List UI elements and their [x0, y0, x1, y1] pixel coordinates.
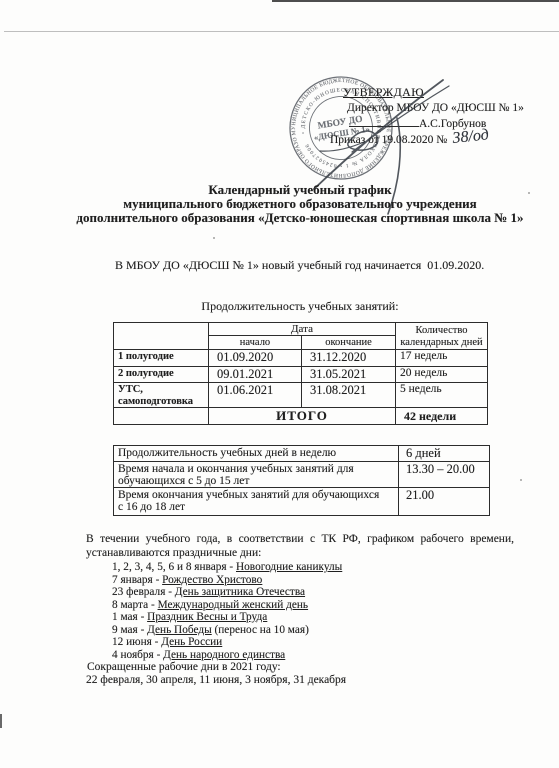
holiday-date: 9 мая - [112, 624, 147, 636]
holiday-note: (перенос на 10 мая) [212, 624, 309, 636]
duration-table-wrap: Дата Количество календарных дней начало … [113, 322, 488, 425]
scan-speck [520, 479, 522, 481]
director-name: А.С.Горбунов [419, 118, 486, 130]
duration-table-caption: Продолжительность учебных занятий: [41, 299, 559, 314]
start-header-cell: начало [209, 336, 302, 350]
times-value-cell: 13.30 – 20.00 [399, 462, 490, 488]
doc-title-line2: муниципального бюджетного образовательно… [41, 197, 559, 211]
times-table-wrap: Продолжительность учебных дней в неделю … [113, 445, 490, 516]
intro-paragraph: В МБОУ ДО «ДЮСШ № 1» новый учебный год н… [115, 258, 484, 273]
list-item: 9 мая - День Победы (перенос на 10 мая) [112, 624, 342, 637]
row-label: самоподготовка [118, 396, 208, 408]
total-value-cell: 42 недели [396, 408, 488, 425]
holiday-date: 8 марта - [112, 599, 158, 611]
table-row: 1 полугодие 01.09.2020 31.12.2020 17 нед… [114, 350, 488, 367]
times-label: Время окончания учебных занятий для обуч… [118, 489, 398, 501]
weeks-count-cell: 5 недель [396, 383, 488, 408]
end-date-cell: 31.12.2020 [302, 350, 396, 367]
times-label-cell: Время начала и окончания учебных занятий… [114, 462, 399, 488]
doc-title: Календарный учебный график муниципальног… [41, 183, 559, 226]
total-row: ИТОГО 42 недели [114, 408, 488, 425]
table-row: Время окончания учебных занятий для обуч… [114, 488, 490, 516]
scan-artifact-top-strip [272, 0, 559, 2]
document-page: МУНИЦИПАЛЬНОЕ БЮДЖЕТНОЕ ОБРАЗОВАТЕЛЬНОЕ … [0, 0, 559, 768]
list-item: 23 февраля - День защитника Отечества [112, 586, 342, 599]
holiday-name: День защитника Отечества [175, 586, 305, 598]
holidays-intro-line2: устанавливаются праздничные дни: [86, 547, 514, 561]
holiday-name: Рождество Христово [162, 574, 262, 586]
list-item: 1 мая - Праздник Весны и Труда [112, 611, 342, 624]
times-label: Время начала и окончания учебных занятий… [118, 463, 398, 475]
row-label-cell: УТС, самоподготовка [114, 383, 209, 408]
order-line: Приказ от 19.08.2020 № [330, 133, 524, 149]
holiday-name: День России [161, 636, 222, 648]
start-date-cell: 09.01.2021 [209, 367, 302, 383]
row-label: УТС, [118, 384, 208, 396]
start-date-cell: 01.06.2021 [209, 383, 302, 408]
times-label-cell: Время окончания учебных занятий для обуч… [114, 488, 399, 516]
list-item: 1, 2, 3, 4, 5, 6 и 8 января - Новогодние… [112, 561, 342, 574]
holiday-name: Новогодние каникулы [236, 561, 342, 573]
list-item: 8 марта - Международный женский день [112, 599, 342, 612]
scan-speck [213, 237, 215, 239]
holiday-date: 7 января - [112, 574, 162, 586]
end-date-cell: 31.05.2021 [302, 367, 396, 383]
doc-title-line3: дополнительного образования «Детско-юнош… [41, 211, 559, 225]
director-line: Директор МБОУ ДО «ДЮСШ № 1» [347, 101, 524, 117]
list-item: 7 января - Рождество Христово [112, 574, 342, 587]
holiday-date: 1 мая - [112, 611, 147, 623]
holiday-date: 1, 2, 3, 4, 5, 6 и 8 января - [112, 561, 236, 573]
signature-underline [349, 116, 419, 127]
signature-line: А.С.Горбунов [349, 116, 524, 133]
count-header-line: календарных дней [396, 337, 487, 349]
empty-header-cell [114, 323, 209, 350]
count-header-cell: Количество календарных дней [396, 323, 488, 350]
date-header-cell: Дата [209, 323, 396, 336]
times-label: Продолжительность учебных дней в неделю [118, 447, 398, 459]
doc-title-line1: Календарный учебный график [41, 183, 559, 197]
table-row: УТС, самоподготовка 01.06.2021 31.08.202… [114, 383, 488, 408]
duration-table: Дата Количество календарных дней начало … [113, 322, 488, 425]
times-label: с 16 до 18 лет [118, 501, 398, 513]
times-label: обучающихся с 5 до 15 лет [118, 475, 398, 487]
approve-label: УТВЕРЖДАЮ [343, 85, 524, 101]
holiday-name: Праздник Весны и Труда [147, 611, 267, 623]
holiday-date: 4 ноября - [112, 649, 163, 661]
times-label-cell: Продолжительность учебных дней в неделю [114, 446, 399, 462]
scan-artifact-left-mark [0, 714, 2, 728]
times-value-cell: 21.00 [399, 488, 490, 516]
times-table: Продолжительность учебных дней в неделю … [113, 445, 490, 516]
holidays-intro-line1: В течении учебного года, в соответствии … [86, 533, 514, 547]
holiday-name: День народного единства [163, 649, 285, 661]
count-header-line: Количество [396, 325, 487, 337]
total-label-cell: ИТОГО [209, 408, 396, 425]
scan-artifact-hairline [4, 31, 559, 32]
holiday-date: 12 июня - [112, 636, 161, 648]
row-label: 1 полугодие [118, 351, 208, 363]
table-row: Продолжительность учебных дней в неделю … [114, 446, 490, 462]
end-header-cell: окончание [302, 336, 396, 350]
weeks-count-cell: 17 недель [396, 350, 488, 367]
approval-block: УТВЕРЖДАЮ Директор МБОУ ДО «ДЮСШ № 1» А.… [330, 85, 524, 148]
holiday-date: 23 февраля - [112, 586, 175, 598]
holiday-name: День Победы [147, 624, 212, 636]
row-label: 2 полугодие [118, 368, 208, 380]
shortened-days-list: 22 февраля, 30 апреля, 11 июня, 3 ноября… [86, 674, 346, 686]
row-label-cell: 1 полугодие [114, 350, 209, 367]
holidays-intro: В течении учебного года, в соответствии … [86, 533, 514, 560]
holidays-list: 1, 2, 3, 4, 5, 6 и 8 января - Новогодние… [112, 561, 342, 661]
times-value-cell: 6 дней [399, 446, 490, 462]
header-row-1: Дата Количество календарных дней [114, 323, 488, 336]
list-item: 4 ноября - День народного единства [112, 649, 342, 662]
table-row: Время начала и окончания учебных занятий… [114, 462, 490, 488]
table-row: 2 полугодие 09.01.2021 31.05.2021 20 нед… [114, 367, 488, 383]
start-date-cell: 01.09.2020 [209, 350, 302, 367]
weeks-count-cell: 20 недель [396, 367, 488, 383]
end-date-cell: 31.08.2021 [302, 383, 396, 408]
shortened-days-title: Сокращенные рабочие дни в 2021 году: [87, 661, 281, 673]
list-item: 12 июня - День России [112, 636, 342, 649]
holiday-name: Международный женский день [158, 599, 309, 611]
row-label-cell: 2 полугодие [114, 367, 209, 383]
empty-footer-cell [114, 408, 209, 425]
